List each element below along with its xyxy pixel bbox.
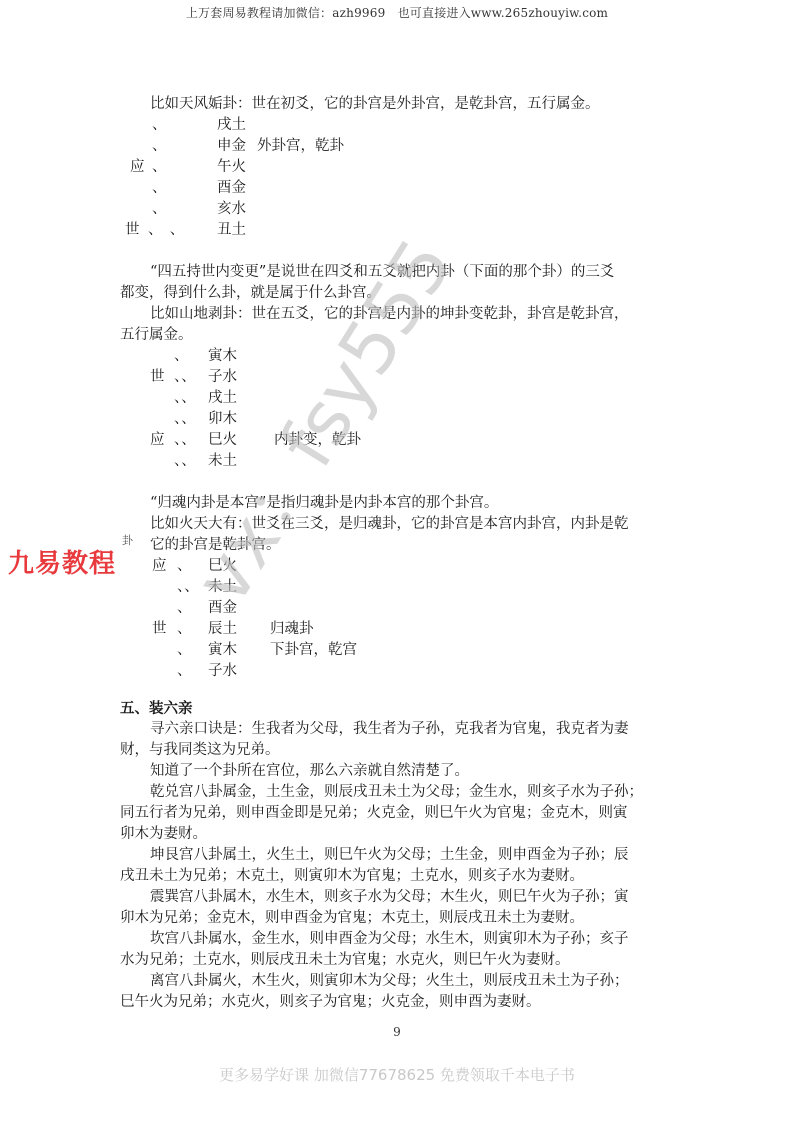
yao-branch: 申金 — [217, 136, 246, 157]
yao-branch: 寅木 — [208, 640, 237, 661]
yao-branch: 未土 — [208, 577, 237, 598]
red-logo-watermark: 九易教程 — [8, 543, 116, 580]
paragraph: 财，与我同类这为兄弟。 — [120, 740, 280, 761]
paragraph: 巳午火为兄弟；水克火，则亥子为官鬼；火克金，则申酉为妻财。 — [120, 992, 541, 1013]
yao-branch: 辰土 — [208, 619, 237, 640]
yao-branch: 酉金 — [208, 598, 237, 619]
yao-strokes: 、 — [152, 115, 167, 136]
paragraph-gou-intro: 比如天风姤卦：世在初爻，它的卦宫是外卦宫，是乾卦宫，五行属金。 — [120, 94, 600, 115]
yao-branch: 戌土 — [208, 388, 237, 409]
yao-branch: 未土 — [208, 451, 237, 472]
yao-note: 内卦变，乾卦 — [274, 430, 361, 451]
yao-note: 下卦宫，乾宫 — [270, 640, 357, 661]
paragraph-guihun: “归魂内卦是本宫”是指归魂卦是内卦本宫的那个卦宫。 — [120, 493, 498, 514]
shi-marker: 世 — [150, 367, 165, 388]
yao-strokes: 、、 — [177, 577, 199, 598]
ying-marker: 应 — [130, 157, 145, 178]
yao-strokes: 、 — [174, 346, 189, 367]
shi-marker: 世 — [152, 619, 167, 640]
yao-strokes: 、 — [152, 136, 167, 157]
paragraph: 坎宫八卦属水，金生水，则申酉金为父母；水生木，则寅卯木为子孙；亥子 — [120, 929, 629, 950]
yao-strokes: 、 — [177, 640, 192, 661]
yao-strokes: 、 — [152, 199, 167, 220]
paragraph: 戌丑未土为兄弟；木克土，则寅卯木为官鬼；土克水，则亥子水为妻财。 — [120, 866, 584, 887]
yao-strokes: 、、 — [174, 367, 196, 388]
paragraph: 乾兑宫八卦属金，土生金，则辰戌丑未土为父母；金生水，则亥子水为子孙； — [120, 782, 643, 803]
paragraph: 坤艮宫八卦属土，火生土，则巳午火为父母；土生金，则申酉金为子孙；辰 — [120, 845, 629, 866]
paragraph-bo-intro-cont: 五行属金。 — [120, 325, 193, 346]
yao-strokes: 、、 — [174, 451, 196, 472]
yao-branch: 巳火 — [208, 430, 237, 451]
stray-character: 卦 — [122, 532, 133, 548]
yao-note: 归魂卦 — [270, 619, 314, 640]
ying-marker: 应 — [150, 430, 165, 451]
section-heading-liuqin: 五、装六亲 — [120, 698, 193, 719]
yao-branch: 巳火 — [208, 556, 237, 577]
yao-strokes: 、、 — [174, 388, 196, 409]
yao-branch: 午火 — [217, 157, 246, 178]
paragraph-siwu: “四五持世内变更”是说世在四爻和五爻就把内卦（下面的那个卦）的三爻 — [120, 262, 614, 283]
paragraph: 卯木为妻财。 — [120, 824, 207, 845]
yao-branch: 酉金 — [217, 178, 246, 199]
ying-marker: 应 — [152, 556, 167, 577]
paragraph: 寻六亲口诀是：生我者为父母，我生者为子孙，克我者为官鬼，我克者为妻 — [120, 719, 629, 740]
paragraph: 同五行者为兄弟，则申酉金即是兄弟；火克金，则巳午火为官鬼；金克木，则寅 — [120, 803, 628, 824]
yao-note: 外卦宫，乾卦 — [257, 136, 344, 157]
footer-watermark: 更多易学好课 加微信77678625 免费领取千本电子书 — [0, 1064, 794, 1085]
paragraph: 知道了一个卦所在宫位，那么六亲就自然清楚了。 — [120, 761, 469, 782]
yao-branch: 卯木 — [208, 409, 237, 430]
yao-strokes: 、 — [152, 178, 167, 199]
yao-strokes: 、 — [177, 556, 192, 577]
paragraph-siwu-cont: 都变，得到什么卦，就是属于什么卦宫。 — [120, 283, 381, 304]
yao-branch: 戌土 — [217, 115, 246, 136]
paragraph: 水为兄弟；土克水，则辰戌丑未土为官鬼；水克火，则巳午火为妻财。 — [120, 950, 570, 971]
paragraph: 震巽宫八卦属木，水生木，则亥子水为父母；木生火，则巳午火为子孙；寅 — [120, 887, 629, 908]
yao-strokes: 、 、 — [148, 220, 184, 241]
paragraph-bo-intro: 比如山地剥卦：世在五爻，它的卦宫是内卦的坤卦变乾卦，卦宫是乾卦宫， — [120, 304, 629, 325]
yao-strokes: 、 — [177, 619, 192, 640]
page-number: 9 — [0, 1025, 794, 1039]
yao-strokes: 、 — [177, 661, 192, 682]
yao-branch: 亥水 — [217, 199, 246, 220]
yao-strokes: 、 — [152, 157, 167, 178]
yao-strokes: 、 — [177, 598, 192, 619]
yao-branch: 子水 — [208, 661, 237, 682]
yao-branch: 丑土 — [217, 220, 246, 241]
yao-strokes: 、、 — [174, 430, 196, 451]
top-banner: 上万套周易教程请加微信：azh9969 也可直接进入www.265zhouyiw… — [0, 4, 794, 21]
paragraph: 离宫八卦属火，木生火，则寅卯木为父母；火生土，则辰戌丑未土为子孙； — [120, 971, 629, 992]
yao-branch: 子水 — [208, 367, 237, 388]
yao-strokes: 、、 — [174, 409, 196, 430]
paragraph: 卯木为兄弟；金克木，则申酉金为官鬼；木克土，则辰戌丑未土为妻财。 — [120, 908, 584, 929]
paragraph-dayou-intro: 比如火天大有：世爻在三爻，是归魂卦，它的卦宫是本宫内卦宫，内卦是乾 — [120, 514, 629, 535]
shi-marker: 世 — [125, 220, 140, 241]
paragraph-dayou-intro-cont: 它的卦宫是乾卦宫。 — [120, 535, 281, 556]
yao-branch: 寅木 — [208, 346, 237, 367]
